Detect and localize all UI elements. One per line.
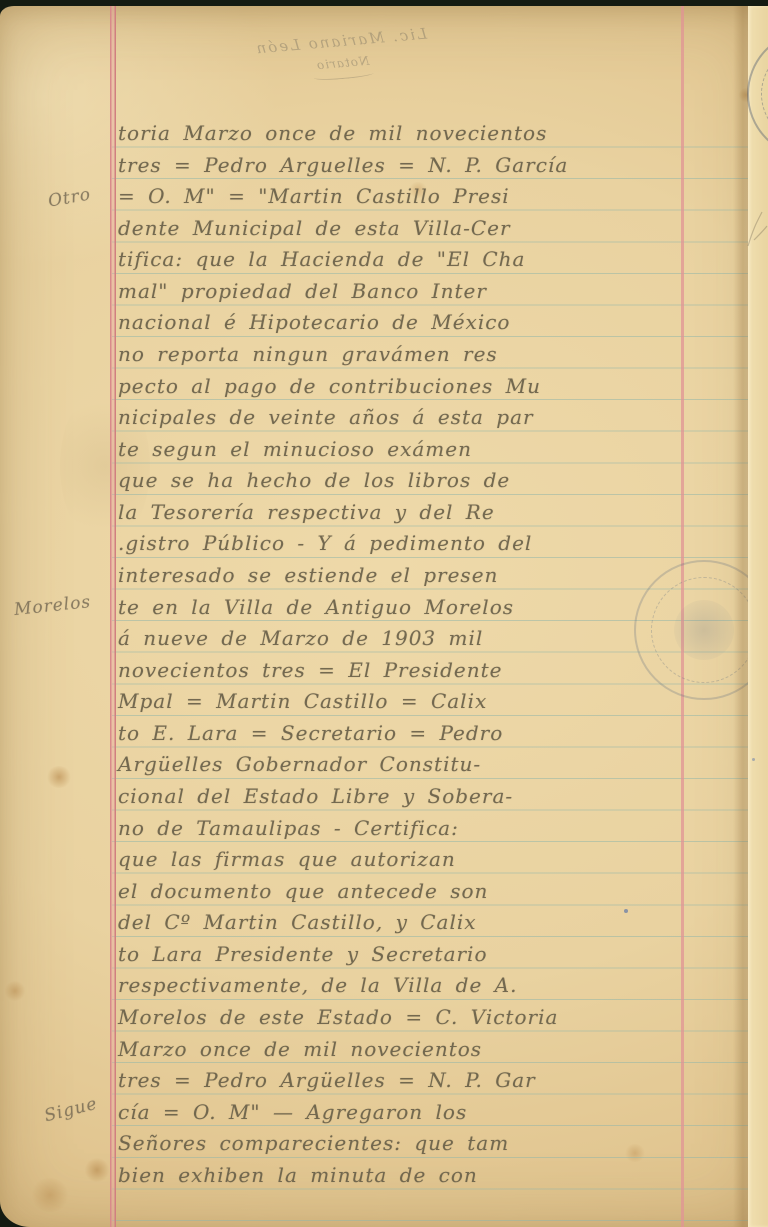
manuscript-line: tres = Pedro Argüelles = N. P. Gar [118, 1067, 734, 1094]
manuscript-line: te segun el minucioso exámen [118, 436, 734, 463]
manuscript-line: to E. Lara = Secretario = Pedro [118, 720, 734, 747]
manuscript-line: Marzo once de mil novecientos [118, 1036, 734, 1063]
paper-stain [84, 1158, 110, 1182]
manuscript-line: no de Tamaulipas - Certifica: [118, 815, 734, 842]
manuscript-page: Lic. Mariano León Notario toria Marzo on… [0, 6, 768, 1227]
left-margin-line [110, 6, 116, 1227]
page-fold-shadow [733, 6, 748, 1227]
manuscript-line: el documento que antecede son [118, 878, 734, 905]
manuscript-line: pecto al pago de contribuciones Mu [118, 373, 734, 400]
manuscript-line: interesado se estiende el presen [118, 562, 734, 589]
manuscript-line: = O. M" = "Martin Castillo Presi [118, 183, 734, 210]
manuscript-line: tifica: que la Hacienda de "El Cha [118, 246, 734, 273]
manuscript-line: novecientos tres = El Presidente [118, 657, 734, 684]
manuscript-line: que se ha hecho de los libros de [118, 467, 734, 494]
manuscript-line: tres = Pedro Arguelles = N. P. García [118, 152, 734, 179]
paper-stain [46, 766, 72, 788]
manuscript-line: .gistro Público - Y á pedimento del [118, 530, 734, 557]
manuscript-line: nicipales de veinte años á esta par [118, 404, 734, 431]
bleed-through-letterhead: Lic. Mariano León Notario [230, 23, 453, 89]
margin-note-sigue: Sigue [42, 1094, 99, 1126]
manuscript-line: bien exhiben la minuta de con [118, 1162, 734, 1189]
manuscript-line: que las firmas que autorizan [118, 846, 734, 873]
next-page-writing-fragment [744, 206, 768, 256]
margin-note-morelos: Morelos [13, 592, 92, 620]
scanned-manuscript: Lic. Mariano León Notario toria Marzo on… [0, 0, 768, 1227]
margin-note-otro: Otro [47, 184, 93, 211]
manuscript-line: Mpal = Martin Castillo = Calix [118, 688, 734, 715]
paper-stain [4, 981, 26, 1001]
manuscript-line: Argüelles Gobernador Constitu- [118, 751, 734, 778]
manuscript-line: á nueve de Marzo de 1903 mil [118, 625, 734, 652]
manuscript-line: la Tesorería respectiva y del Re [118, 499, 734, 526]
manuscript-line: dente Municipal de esta Villa-Cer [118, 215, 734, 242]
manuscript-line: respectivamente, de la Villa de A. [118, 972, 734, 999]
manuscript-line: Señores comparecientes: que tam [118, 1130, 734, 1157]
manuscript-line: to Lara Presidente y Secretario [118, 941, 734, 968]
manuscript-line: no reporta ningun gravámen res [118, 341, 734, 368]
manuscript-line: del Cº Martin Castillo, y Calix [118, 909, 734, 936]
manuscript-line: mal" propiedad del Banco Inter [118, 278, 734, 305]
next-page-edge [748, 6, 768, 1227]
ink-speck [624, 909, 628, 913]
manuscript-line: cía = O. M" — Agregaron los [118, 1099, 734, 1126]
manuscript-line: cional del Estado Libre y Sobera- [118, 783, 734, 810]
manuscript-line: Morelos de este Estado = C. Victoria [118, 1004, 734, 1031]
manuscript-line: te en la Villa de Antiguo Morelos [118, 594, 734, 621]
manuscript-line: nacional é Hipotecario de México [118, 309, 734, 336]
paper-stain [30, 1178, 70, 1212]
ink-speck [752, 758, 755, 761]
manuscript-line: toria Marzo once de mil novecientos [118, 120, 734, 147]
seal-inner-ring [761, 44, 768, 144]
